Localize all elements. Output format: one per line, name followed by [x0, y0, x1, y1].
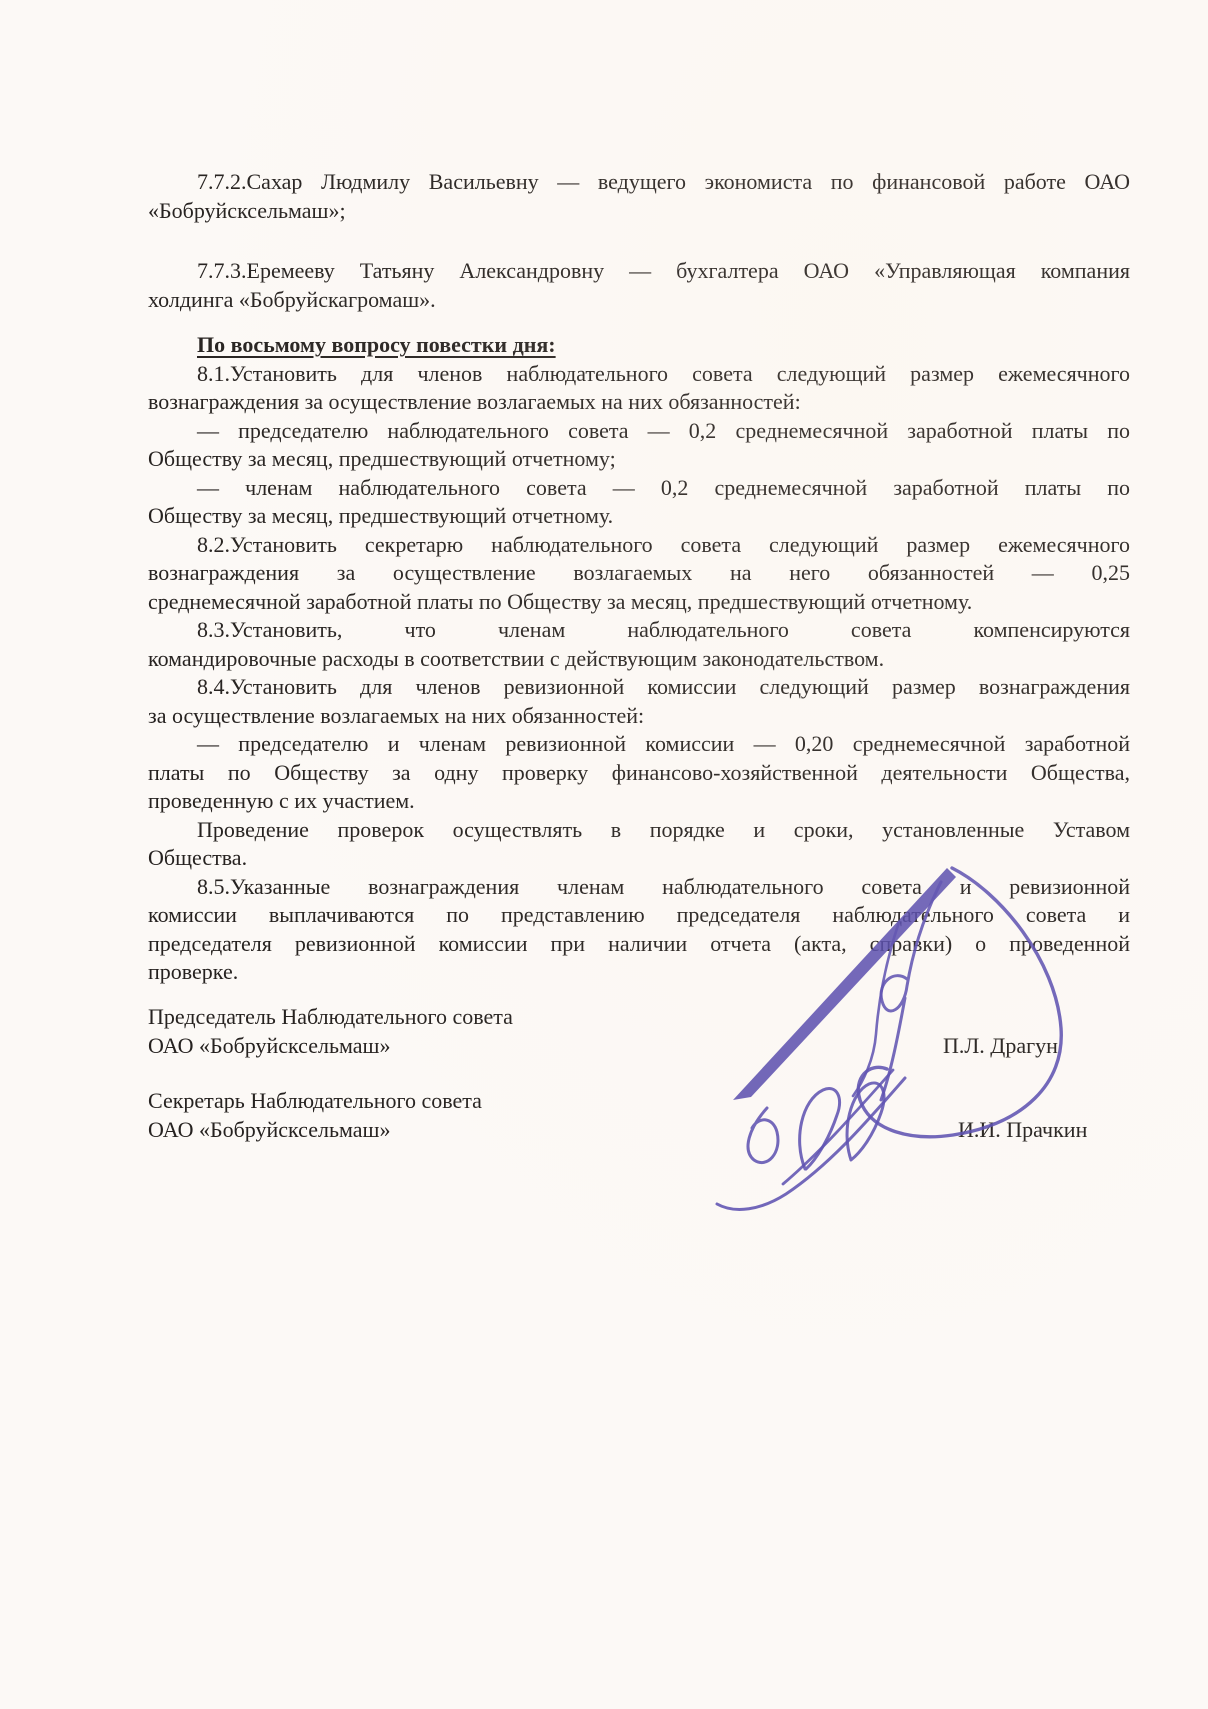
text-line: платы по Обществу за одну проверку финан… [148, 759, 1130, 788]
text-line: 8.5.Указанные вознаграждения членам набл… [148, 873, 1130, 902]
text-line: холдинга «Бобруйскагромаш». [148, 286, 1130, 315]
paragraph: — председателю наблюдательного совета — … [148, 417, 1130, 474]
text-line: проверке. [148, 958, 1130, 987]
text-line: «Бобруйсксельмаш»; [148, 197, 1130, 226]
chairman-role-line1: Председатель Наблюдательного совета [148, 1003, 1130, 1032]
paragraph: 8.5.Указанные вознаграждения членам набл… [148, 873, 1130, 987]
section-heading-paragraph: По восьмому вопросу повестки дня: [148, 331, 1130, 360]
chairman-role-line2-row: ОАО «Бобруйсксельмаш» П.Л. Драгун [148, 1032, 1130, 1061]
text-line: 8.2.Установить секретарю наблюдательного… [148, 531, 1130, 560]
document-body: 7.7.2.Сахар Людмилу Васильевну — ведущег… [148, 168, 1130, 987]
text-line: 8.1.Установить для членов наблюдательног… [148, 360, 1130, 389]
secretary-org: ОАО «Бобруйсксельмаш» [148, 1117, 390, 1142]
text-line: среднемесячной заработной платы по Общес… [148, 588, 1130, 617]
section-heading-text: По восьмому вопросу повестки дня: [197, 332, 556, 357]
paragraph: 8.3.Установить, что членам наблюдательно… [148, 616, 1130, 673]
scanned-page: 7.7.2.Сахар Людмилу Васильевну — ведущег… [0, 0, 1208, 1709]
chairman-name: П.Л. Драгун [943, 1032, 1058, 1061]
text-line: комиссии выплачиваются по представлению … [148, 901, 1130, 930]
text-line: — председателю и членам ревизионной коми… [148, 730, 1130, 759]
text-line: 8.3.Установить, что членам наблюдательно… [148, 616, 1130, 645]
paragraph: — членам наблюдательного совета — 0,2 ср… [148, 474, 1130, 531]
secretary-role-line1: Секретарь Наблюдательного совета [148, 1087, 1130, 1116]
text-line: Общества. [148, 844, 1130, 873]
text-line: за осуществление возлагаемых на них обяз… [148, 702, 1130, 731]
text-line: 8.4.Установить для членов ревизионной ко… [148, 673, 1130, 702]
paragraph: 7.7.3.Еремееву Татьяну Александровну — б… [148, 257, 1130, 314]
text-line: председателя ревизионной комиссии при на… [148, 930, 1130, 959]
text-line: вознаграждения за осуществление возлагае… [148, 388, 1130, 417]
text-line: — членам наблюдательного совета — 0,2 ср… [148, 474, 1130, 503]
paragraph: Проведение проверок осуществлять в поряд… [148, 816, 1130, 873]
paragraph: 8.1.Установить для членов наблюдательног… [148, 360, 1130, 417]
text-line: Проведение проверок осуществлять в поряд… [148, 816, 1130, 845]
text-line: Обществу за месяц, предшествующий отчетн… [148, 502, 1130, 531]
signature-block: Председатель Наблюдательного совета ОАО … [148, 1003, 1130, 1144]
text-line: Обществу за месяц, предшествующий отчетн… [148, 445, 1130, 474]
signature-spacer [148, 1060, 1130, 1087]
text-line: 7.7.3.Еремееву Татьяну Александровну — б… [148, 257, 1130, 286]
text-line: — председателю наблюдательного совета — … [148, 417, 1130, 446]
text-line: командировочные расходы в соответствии с… [148, 645, 1130, 674]
secretary-name: И.И. Прачкин [958, 1116, 1087, 1145]
text-line: 7.7.2.Сахар Людмилу Васильевну — ведущег… [148, 168, 1130, 197]
text-line: проведенную с их участием. [148, 787, 1130, 816]
paragraph: 8.2.Установить секретарю наблюдательного… [148, 531, 1130, 617]
text-line: вознаграждения за осуществление возлагае… [148, 559, 1130, 588]
chairman-org: ОАО «Бобруйсксельмаш» [148, 1033, 390, 1058]
paragraph: 7.7.2.Сахар Людмилу Васильевну — ведущег… [148, 168, 1130, 225]
secretary-role-line2-row: ОАО «Бобруйсксельмаш» И.И. Прачкин [148, 1116, 1130, 1145]
section-heading-line: По восьмому вопросу повестки дня: [148, 331, 1130, 360]
paragraph: — председателю и членам ревизионной коми… [148, 730, 1130, 816]
paragraph: 8.4.Установить для членов ревизионной ко… [148, 673, 1130, 730]
